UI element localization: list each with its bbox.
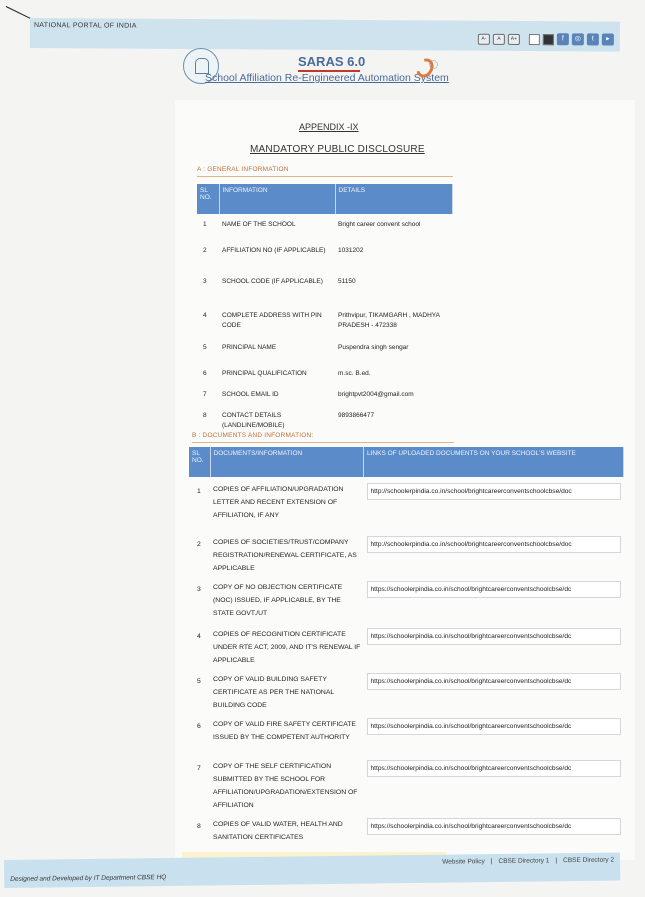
document-link-input[interactable] <box>367 581 621 598</box>
appendix-title: APPENDIX -IX <box>299 122 359 132</box>
row-sl-no: 3 <box>189 575 210 622</box>
brand-header: SARAS 6.0 School Affiliation Re-Engineer… <box>183 48 463 94</box>
row-sl-no: 4 <box>197 305 219 337</box>
document-link-input[interactable] <box>367 818 621 835</box>
col-details: DETAILS <box>335 184 453 214</box>
col-links: LINKS OF UPLOADED DOCUMENTS ON YOUR SCHO… <box>364 447 624 477</box>
row-sl-no: 2 <box>197 240 219 271</box>
footer-credit: Designed and Developed by IT Department … <box>10 874 166 883</box>
row-information: CONTACT DETAILS (LANDLINE/MOBILE) <box>219 405 335 435</box>
row-sl-no: 5 <box>197 337 219 363</box>
row-link-cell <box>364 812 624 852</box>
section-b-rule <box>192 442 454 443</box>
general-information-table: SL NO. INFORMATION DETAILS 1NAME OF THE … <box>197 184 453 435</box>
table-row: 6COPY OF VALID FIRE SAFETY CERTIFICATE I… <box>189 712 624 754</box>
document-link-input[interactable] <box>367 483 621 500</box>
row-sl-no: 1 <box>189 477 210 530</box>
row-details: 9893866477 <box>335 405 453 435</box>
row-sl-no: 8 <box>189 812 210 852</box>
table-row: 2AFFILIATION NO (IF APPLICABLE)1031202 <box>197 240 453 271</box>
row-document: COPY OF VALID FIRE SAFETY CERTIFICATE IS… <box>210 712 363 754</box>
document-link-input[interactable] <box>367 536 621 553</box>
row-information: SCHOOL CODE (IF APPLICABLE) <box>219 271 335 305</box>
row-link-cell <box>364 477 624 530</box>
row-sl-no: 2 <box>189 530 210 575</box>
row-details: m.sc. B.ed. <box>335 363 453 384</box>
row-details: 51150 <box>335 271 453 305</box>
document-link-input[interactable] <box>367 673 621 690</box>
table-row: 3SCHOOL CODE (IF APPLICABLE)51150 <box>197 271 453 305</box>
row-information: COMPLETE ADDRESS WITH PIN CODE <box>219 305 335 337</box>
section-a-title: A : GENERAL INFORMATION <box>197 166 289 173</box>
row-information: NAME OF THE SCHOOL <box>219 214 335 240</box>
row-information: SCHOOL EMAIL ID <box>219 384 335 405</box>
font-normal-button[interactable]: A <box>493 33 505 44</box>
table-row: 6PRINCIPAL QUALIFICATIONm.sc. B.ed. <box>197 363 453 384</box>
row-details: Prithvipur, TIKAMGARH , MADHYA PRADESH -… <box>335 305 453 337</box>
row-details: 1031202 <box>335 240 453 271</box>
table-row: 1COPIES OF AFFILIATION/UPGRADATION LETTE… <box>189 477 624 530</box>
row-link-cell <box>364 667 624 712</box>
row-sl-no: 3 <box>197 271 219 305</box>
row-sl-no: 6 <box>189 712 210 754</box>
light-theme-button[interactable] <box>529 34 540 45</box>
pen-mark <box>6 6 32 19</box>
accessibility-toolbar: A- A A+ f ◎ t ▸ <box>478 33 614 46</box>
section-b-title: B : DOCUMENTS AND INFORMATION: <box>192 432 313 439</box>
row-link-cell <box>364 575 624 622</box>
top-bar: NATIONAL PORTAL OF INDIA A- A A+ f ◎ t ▸ <box>30 18 620 52</box>
row-details: Puspendra singh sengar <box>335 337 453 363</box>
row-link-cell <box>364 712 624 754</box>
row-sl-no: 6 <box>197 363 219 384</box>
section-a-rule <box>197 176 453 177</box>
app-title: SARAS 6.0 <box>298 54 365 69</box>
table-row: 2COPIES OF SOCIETIES/TRUST/COMPANY REGIS… <box>189 530 624 575</box>
saras-logo-icon <box>415 56 437 80</box>
row-document: COPY OF VALID BUILDING SAFETY CERTIFICAT… <box>210 667 363 712</box>
col-sl-no: SL NO. <box>197 184 219 214</box>
footer: Designed and Developed by IT Department … <box>4 852 620 888</box>
table-row: 3COPY OF NO OBJECTION CERTIFICATE (NOC) … <box>189 575 624 622</box>
dark-theme-button[interactable] <box>543 34 554 45</box>
row-information: AFFILIATION NO (IF APPLICABLE) <box>219 240 335 271</box>
table-row: 7SCHOOL EMAIL IDbrightpvt2004@gmail.com <box>197 384 453 405</box>
row-document: COPIES OF RECOGNITION CERTIFICATE UNDER … <box>210 622 363 667</box>
row-sl-no: 7 <box>197 384 219 405</box>
document-link-input[interactable] <box>367 628 621 645</box>
row-link-cell <box>364 754 624 812</box>
row-sl-no: 8 <box>197 405 219 435</box>
cbse-directory-2-link[interactable]: CBSE Directory 2 <box>563 857 614 865</box>
font-decrease-button[interactable]: A- <box>478 33 490 44</box>
row-information: PRINCIPAL QUALIFICATION <box>219 363 335 384</box>
footer-separator: | <box>491 858 493 865</box>
row-sl-no: 1 <box>197 214 219 240</box>
footer-separator: | <box>555 857 557 864</box>
table-row: 8COPIES OF VALID WATER, HEALTH AND SANIT… <box>189 812 624 852</box>
row-link-cell <box>364 530 624 575</box>
table-row: 7COPY OF THE SELF CERTIFICATION SUBMITTE… <box>189 754 624 812</box>
row-document: COPIES OF VALID WATER, HEALTH AND SANITA… <box>210 812 363 852</box>
documents-table: SL NO. DOCUMENTS/INFORMATION LINKS OF UP… <box>189 447 624 852</box>
document-link-input[interactable] <box>367 718 621 735</box>
table-row: 4COPIES OF RECOGNITION CERTIFICATE UNDER… <box>189 622 624 667</box>
row-sl-no: 7 <box>189 754 210 812</box>
col-documents: DOCUMENTS/INFORMATION <box>210 447 363 477</box>
row-sl-no: 4 <box>189 622 210 667</box>
page-title: MANDATORY PUBLIC DISCLOSURE <box>250 144 425 155</box>
instagram-icon[interactable]: ◎ <box>572 33 584 45</box>
row-sl-no: 5 <box>189 667 210 712</box>
row-details: Bright career convent school <box>335 214 453 240</box>
youtube-icon[interactable]: ▸ <box>602 33 614 45</box>
col-information: INFORMATION <box>219 184 335 214</box>
row-details: brightpvt2004@gmail.com <box>335 384 453 405</box>
table-row: 5COPY OF VALID BUILDING SAFETY CERTIFICA… <box>189 667 624 712</box>
col-sl-no: SL NO. <box>189 447 210 477</box>
document-link-input[interactable] <box>367 760 621 777</box>
website-policy-link[interactable]: Website Policy <box>442 858 485 866</box>
row-information: PRINCIPAL NAME <box>219 337 335 363</box>
footer-links: Website Policy | CBSE Directory 1 | CBSE… <box>442 857 614 866</box>
font-increase-button[interactable]: A+ <box>508 33 520 44</box>
row-document: COPIES OF AFFILIATION/UPGRADATION LETTER… <box>210 477 363 530</box>
table-row: 4COMPLETE ADDRESS WITH PIN CODEPrithvipu… <box>197 305 453 337</box>
app-subtitle[interactable]: School Affiliation Re-Engineered Automat… <box>205 72 449 84</box>
twitter-icon[interactable]: t <box>587 33 599 45</box>
table-row: 8CONTACT DETAILS (LANDLINE/MOBILE)989386… <box>197 405 453 435</box>
row-document: COPIES OF SOCIETIES/TRUST/COMPANY REGIST… <box>210 530 363 575</box>
row-document: COPY OF THE SELF CERTIFICATION SUBMITTED… <box>210 754 363 812</box>
national-portal-link[interactable]: NATIONAL PORTAL OF INDIA <box>34 22 137 30</box>
row-document: COPY OF NO OBJECTION CERTIFICATE (NOC) I… <box>210 575 363 622</box>
row-link-cell <box>364 622 624 667</box>
table-row: 1NAME OF THE SCHOOLBright career convent… <box>197 214 453 240</box>
cbse-directory-1-link[interactable]: CBSE Directory 1 <box>498 857 549 865</box>
table-row: 5PRINCIPAL NAMEPuspendra singh sengar <box>197 337 453 363</box>
facebook-icon[interactable]: f <box>557 33 569 45</box>
